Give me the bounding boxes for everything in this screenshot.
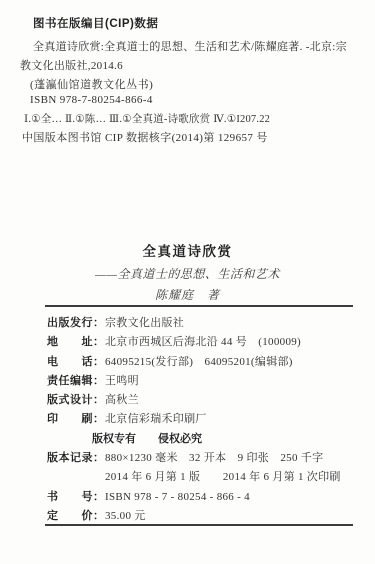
phone-label: 电 话： <box>47 353 105 369</box>
edition-row: 版本记录： 880×1230 毫米 32 开本 9 印张 250 千字 <box>47 449 357 468</box>
printer-row: 印 刷： 北京信彩瑞禾印刷厂 <box>47 410 357 429</box>
cip-entry: 全真道诗欣赏:全真道士的思想、生活和艺术/陈耀庭著. -北京:宗教文化出版社,2… <box>20 38 356 76</box>
cip-header: 图书在版编目(CIP)数据 <box>33 15 158 31</box>
edition-printing: 2014 年 6 月第 1 版 2014 年 6 月第 1 次印刷 <box>105 468 341 484</box>
publisher-value: 宗教文化出版社 <box>105 314 357 330</box>
cip-record-number: 中国版本图书馆 CIP 数据核字(2014)第 129657 号 <box>22 129 268 145</box>
book-author: 陈耀庭 著 <box>0 286 375 303</box>
book-title: 全真道诗欣赏 <box>0 240 375 260</box>
price-label: 定 价： <box>47 507 105 523</box>
address-row: 地 址： 北京市西城区后海北沿 44 号 (100009) <box>47 333 357 352</box>
edition-printing-row: 2014 年 6 月第 1 版 2014 年 6 月第 1 次印刷 <box>47 468 357 487</box>
publication-info: 出版发行： 宗教文化出版社 地 址： 北京市西城区后海北沿 44 号 (1000… <box>47 314 357 526</box>
price-value: 35.00 元 <box>105 507 357 523</box>
isbn-label: 书 号： <box>47 488 105 504</box>
isbn-row: 书 号： ISBN 978 - 7 - 80254 - 866 - 4 <box>47 488 357 507</box>
address-label: 地 址： <box>47 333 105 349</box>
cip-series: (蓬瀛仙馆道教文化丛书) <box>30 76 153 92</box>
cip-classification: Ⅰ.①全… Ⅱ.①陈… Ⅲ.①全真道-诗歌欣赏 Ⅳ.①I207.22 <box>24 111 270 126</box>
designer-label: 版式设计： <box>47 391 105 407</box>
divider-bottom <box>45 524 353 526</box>
phone-row: 电 话： 64095215(发行部) 64095201(编辑部) <box>47 353 357 372</box>
designer-row: 版式设计： 高秋兰 <box>47 391 357 410</box>
phone-value: 64095215(发行部) 64095201(编辑部) <box>105 353 357 369</box>
printer-label: 印 刷： <box>47 410 105 426</box>
divider-top <box>45 305 353 307</box>
editor-row: 责任编辑： 王鸣明 <box>47 372 357 391</box>
designer-value: 高秋兰 <box>105 391 357 407</box>
copyright-notice: 版权专有 侵权必究 <box>47 430 357 449</box>
editor-value: 王鸣明 <box>105 372 357 388</box>
book-subtitle: ——全真道士的思想、生活和艺术 <box>0 265 375 282</box>
address-value: 北京市西城区后海北沿 44 号 (100009) <box>105 333 357 349</box>
printer-value: 北京信彩瑞禾印刷厂 <box>105 410 357 426</box>
publisher-row: 出版发行： 宗教文化出版社 <box>47 314 357 333</box>
cip-isbn: ISBN 978-7-80254-866-4 <box>30 94 153 106</box>
copyright-notice-text: 版权专有 侵权必究 <box>92 430 202 446</box>
isbn-value: ISBN 978 - 7 - 80254 - 866 - 4 <box>105 491 357 503</box>
edition-label: 版本记录： <box>47 449 105 465</box>
edition-spec: 880×1230 毫米 32 开本 9 印张 250 千字 <box>105 449 357 465</box>
copyright-page: 图书在版编目(CIP)数据 全真道诗欣赏:全真道士的思想、生活和艺术/陈耀庭著.… <box>0 0 375 564</box>
publisher-label: 出版发行： <box>47 314 105 330</box>
editor-label: 责任编辑： <box>47 372 105 388</box>
